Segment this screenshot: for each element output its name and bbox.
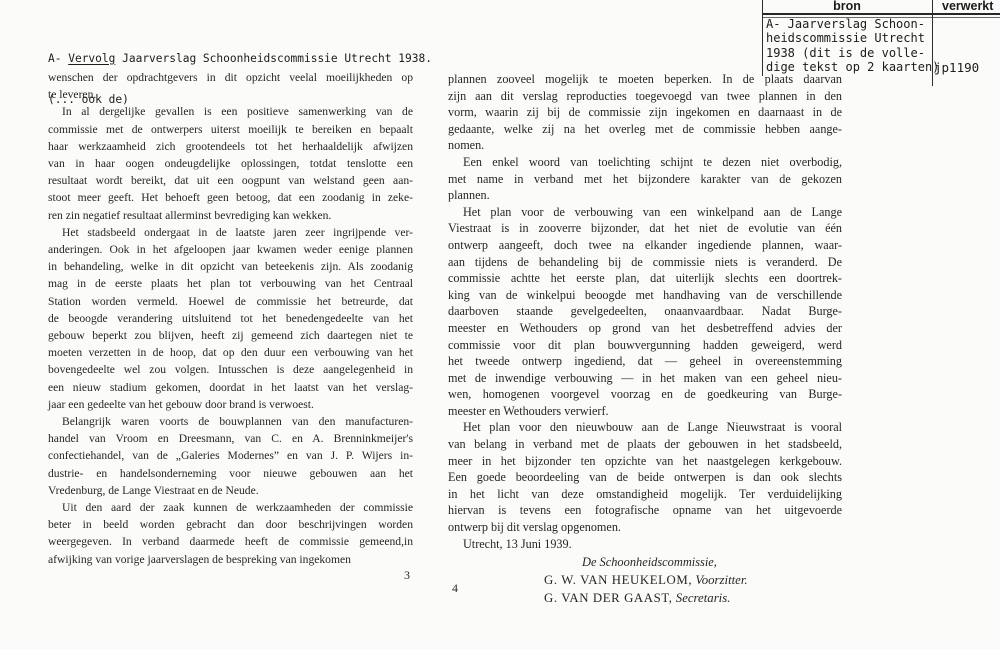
chairman-name: G. W. VAN HEUKELOM, [544, 573, 692, 587]
text-line: Station worden vermeld. Hoewel de commis… [48, 293, 413, 310]
text-line: van in haar oogen ondeugdelijke oplossin… [48, 155, 413, 172]
text-line: hiervan is tevens een fotografische opna… [448, 502, 842, 519]
text-line: stoot meer geeft. Het behoeft geen betoo… [48, 189, 413, 206]
bron-cell: A- Jaarverslag Schoon-heidscommissie Utr… [766, 17, 939, 75]
text-line: Viestraat is in zooverre bijzonder, dat … [448, 220, 842, 237]
text-line: in het licht van deze omstandigheid moge… [448, 486, 842, 503]
text-line: In al dergelijke gevallen is een positie… [48, 103, 413, 120]
signature-chairman: G. W. VAN HEUKELOM, Voorzitter. [544, 571, 842, 589]
text-line: meester en Wethouders verwierf. [448, 403, 842, 420]
text-line: Het plan voor den nieuwbouw aan de Lange… [448, 419, 842, 436]
text-line: met de inwendige verbouwing — in het mak… [448, 370, 842, 387]
closing-signature-block: De Schoonheidscommissie, G. W. VAN HEUKE… [448, 553, 842, 608]
text-line: Vredenburg, de Lange Viestraat en de Neu… [48, 482, 413, 499]
text-line: een nieuw stadium gekomen, doordat in he… [48, 379, 413, 396]
page-number-left: 3 [404, 568, 410, 583]
text-line: gebouw beperkt zou blijven, heeft zij ge… [48, 327, 413, 344]
chairman-role: Voorzitter. [695, 573, 747, 587]
text-line: te leveren. [48, 86, 413, 103]
text-line: meester en Wethouders op grond van het d… [448, 320, 842, 337]
text-line: dustrie- en handelsonderneming voor nieu… [48, 465, 413, 482]
text-line: nomen. [448, 137, 842, 154]
text-line: meer in het bijzonder ten opzichte van h… [448, 453, 842, 470]
text-line: anderingen. Ook in het afgeloopen jaar k… [48, 241, 413, 258]
text-line: dige tekst op 2 kaarten) [766, 60, 939, 74]
typed-header-underlined-word: Vervolg [68, 52, 115, 65]
text-line: daarboven staande gevelgedeelten, onaanv… [448, 303, 842, 320]
text-line: Uit den aard der zaak kunnen de werkzaam… [48, 499, 413, 516]
column-header-verwerkt: verwerkt [932, 0, 1000, 13]
right-page-text-column: plannen zooveel mogelijk te moeten beper… [448, 71, 842, 552]
text-line: ren zin negatief resultaat allerminst be… [48, 207, 413, 224]
text-line: het tweede ontwerp ingediend, dat — gehe… [448, 353, 842, 370]
text-line: jaar een gedeelte van het gebouw door br… [48, 396, 413, 413]
card-table-header-row: bron verwerkt [762, 0, 1000, 13]
text-line: Een goede beoordeeling van de beide ontw… [448, 469, 842, 486]
text-line: ontwerp bij dit verslag opgenomen. [448, 519, 842, 536]
typed-header-prefix: A- [48, 52, 68, 65]
text-line: aan tijdens de behandeling bij de commis… [448, 254, 842, 271]
text-line: beter in beeld worden gebracht dan door … [48, 516, 413, 533]
text-line: weergegeven. In verband daarmede heeft d… [48, 533, 413, 550]
text-line: handel van Vroom en Dreesmann, van C. en… [48, 430, 413, 447]
text-line: haar werkzaamheid zich grootendeels tot … [48, 138, 413, 155]
text-line: resultaat wordt bereikt, dat uit een oog… [48, 172, 413, 189]
text-line: Een enkel woord van toelichting schijnt … [448, 154, 842, 171]
text-line: van belang in verband met de plaats der … [448, 436, 842, 453]
text-line: plannen. [448, 187, 842, 204]
card-table-left-border [762, 0, 763, 76]
text-line: wen, homogenen voorgevel voorzag en de g… [448, 386, 842, 403]
text-line: commissie met de ontwerpers uiterst moei… [48, 121, 413, 138]
text-line: vorm, waarin zij bij de commissie zijn i… [448, 104, 842, 121]
column-header-bron: bron [762, 0, 932, 13]
signature-secretary: G. VAN DER GAAST, Secretaris. [544, 589, 842, 607]
text-line: king van de winkelpui beoogde met handha… [448, 287, 842, 304]
scanned-document: A- Vervolg Jaarverslag Schoonheidscommis… [0, 0, 1000, 649]
committee-name-line: De Schoonheidscommissie, [582, 553, 842, 571]
text-line: Belangrijk waren voorts de bouwplannen v… [48, 413, 413, 430]
text-line: confectiehandel, van de „Galeries Modern… [48, 447, 413, 464]
text-line: moeten verzetten in de hoop, dat op den … [48, 344, 413, 361]
text-line: mag in de eerste plaats het plan tot ver… [48, 275, 413, 292]
text-line: wenschen der opdrachtgevers in dit opzic… [48, 69, 413, 86]
text-line: met name in verband met het bijzondere k… [448, 171, 842, 188]
text-line: Utrecht, 13 Juni 1939. [448, 536, 842, 553]
text-line: Het plan voor de verbouwing van een wink… [448, 204, 842, 221]
text-line: zijn aan dit verslag reproducties toegev… [448, 88, 842, 105]
left-page-text-column: wenschen der opdrachtgevers in dit opzic… [48, 69, 413, 568]
text-line: ontwerp aangeeft, doch twee na elkander … [448, 237, 842, 254]
secretary-name: G. VAN DER GAAST, [544, 591, 673, 605]
page-number-right: 4 [452, 581, 458, 596]
typed-header-line1: A- Vervolg Jaarverslag Schoonheidscommis… [48, 52, 432, 66]
text-line: de beoogde verandering uitsluitend tot h… [48, 310, 413, 327]
text-line: in behandeling, welke in dit opzicht van… [48, 258, 413, 275]
typed-header-rest: Jaarverslag Schoonheidscommissie Utrecht… [115, 52, 432, 65]
text-line: bovengedeelte wel zou volgen. Intusschen… [48, 361, 413, 378]
text-line: heidscommissie Utrecht [766, 31, 939, 45]
text-line: gedaante, welke zij na het overleg met d… [448, 121, 842, 138]
secretary-role: Secretaris. [676, 591, 731, 605]
text-line: A- Jaarverslag Schoon- [766, 17, 939, 31]
card-table-header-rule [762, 13, 1000, 15]
text-line: commissie voor dit plan bouwvergunning h… [448, 337, 842, 354]
text-line: commissie achtte het eerste plan, dat ui… [448, 270, 842, 287]
text-line: 1938 (dit is de volle- [766, 46, 939, 60]
text-line: afwijking van vorige jaarverslagen de be… [48, 551, 413, 568]
text-line: Het stadsbeeld ondergaat in de laatste j… [48, 224, 413, 241]
verwerkt-cell: jp1190 [934, 60, 979, 75]
